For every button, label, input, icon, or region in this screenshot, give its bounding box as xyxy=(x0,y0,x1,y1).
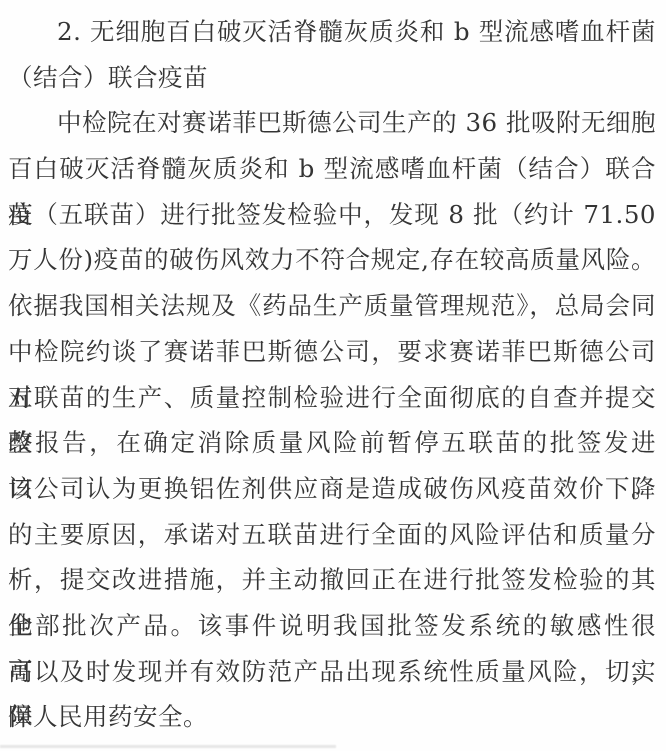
document-page: 2. 无细胞百白破灭活脊髓灰质炎和 b 型流感嗜血杆菌 （结合）联合疫苗 中检院… xyxy=(0,0,666,751)
paragraph-line: 析，提交改进措施，并主动撤回正在进行批签发检验的其他 xyxy=(8,557,656,603)
paragraph-line: 中检院在对赛诺菲巴斯德公司生产的 36 批吸附无细胞 xyxy=(8,100,656,146)
paragraph-line: 万人份)疫苗的破伤风效力不符合规定,存在较高质量风险。 xyxy=(8,237,656,283)
document-text-block: 2. 无细胞百白破灭活脊髓灰质炎和 b 型流感嗜血杆菌 （结合）联合疫苗 中检院… xyxy=(8,9,656,740)
paragraph-line: 百白破灭活脊髓灰质炎和 b 型流感嗜血杆菌（结合）联合疫 xyxy=(8,146,656,192)
paragraph-line: 中检院约谈了赛诺菲巴斯德公司，要求赛诺菲巴斯德公司对 xyxy=(8,329,656,375)
paragraph-line: 的主要原因，承诺对五联苗进行全面的风险评估和质量分 xyxy=(8,512,656,558)
paragraph-line: 障人民用药安全。 xyxy=(8,694,656,740)
paragraph-line: 该公司认为更换铝佐剂供应商是造成破伤风疫苗效价下降 xyxy=(8,466,656,512)
paragraph-line: 全部批次产品。该事件说明我国批签发系统的敏感性很高， xyxy=(8,603,656,649)
paragraph-line: 可以及时发现并有效防范产品出现系统性质量风险，切实保 xyxy=(8,649,656,695)
paragraph-line: 改报告，在确定消除质量风险前暂停五联苗的批签发进口。 xyxy=(8,420,656,466)
section-heading-line: （结合）联合疫苗 xyxy=(8,55,656,101)
paragraph-line: 五联苗的生产、质量控制检验进行全面彻底的自查并提交整 xyxy=(8,375,656,421)
section-heading-line: 2. 无细胞百白破灭活脊髓灰质炎和 b 型流感嗜血杆菌 xyxy=(8,9,656,55)
paragraph-line: 苗（五联苗）进行批签发检验中，发现 8 批（约计 71.50 xyxy=(8,192,656,238)
scan-artifact-line xyxy=(0,745,336,748)
paragraph-line: 依据我国相关法规及《药品生产质量管理规范》，总局会同 xyxy=(8,283,656,329)
